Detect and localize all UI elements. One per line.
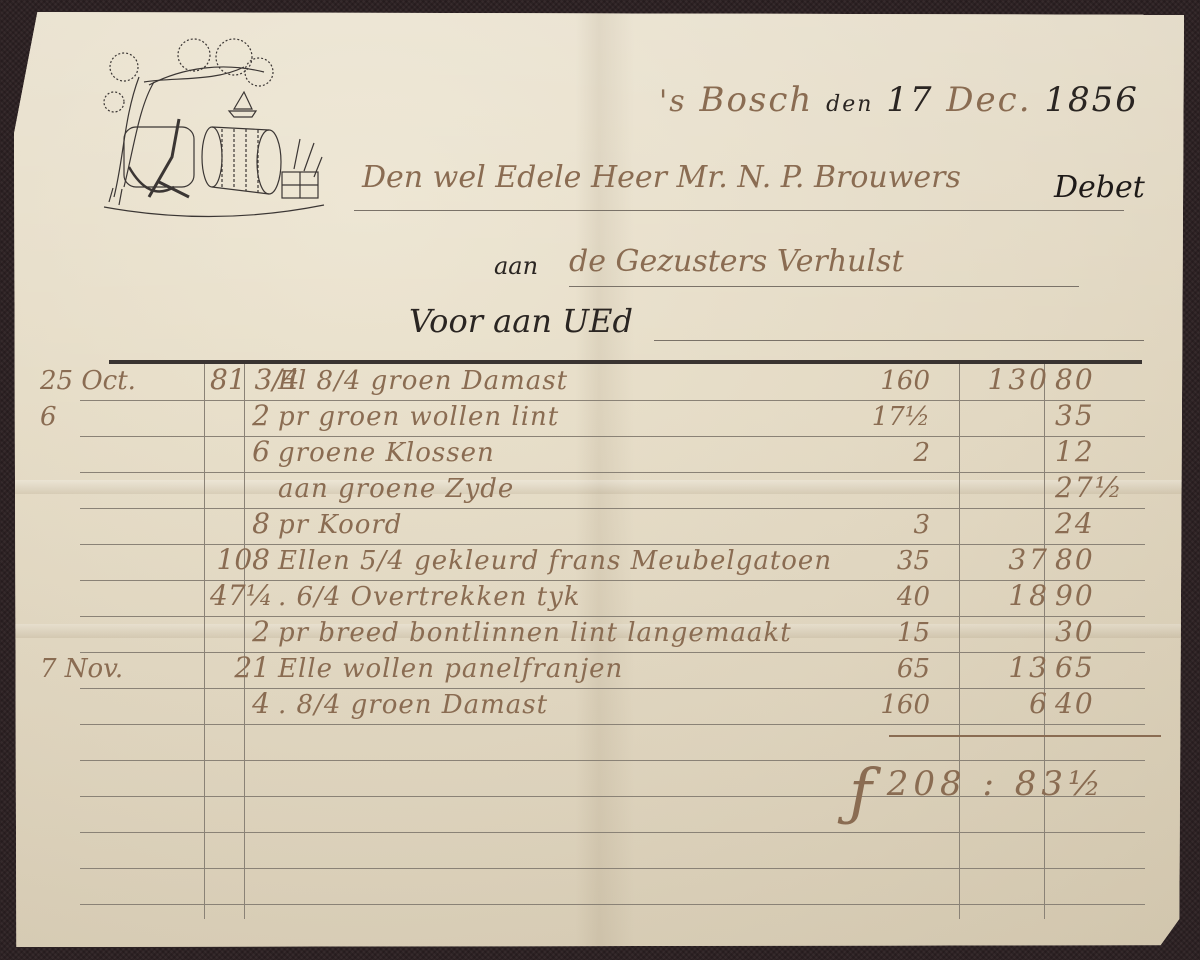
voor-ruled-line — [654, 322, 1144, 341]
firm-name: de Gezusters Verhulst — [569, 244, 904, 279]
table-row: 25 Oct. 81 3/4 El 8/4 groen Damast 160 1… — [80, 364, 1145, 401]
item-qty: 4 — [210, 687, 270, 720]
total-cents: 83½ — [1015, 764, 1106, 804]
item-guilders: 6 — [960, 687, 1050, 720]
item-unit-price: 2 — [830, 438, 930, 468]
item-unit-price: 160 — [830, 366, 930, 396]
table-row: 8 pr Koord 3 24 — [80, 508, 1145, 545]
florin-symbol: ƒ — [849, 755, 877, 828]
item-guilders: 130 — [960, 363, 1050, 396]
item-description: . 6/4 Overtrekken tyk — [278, 582, 581, 612]
item-description: pr Koord — [278, 510, 402, 540]
item-cents: 80 — [1055, 543, 1135, 576]
item-unit-price: 3 — [830, 510, 930, 540]
addressee-name: N. P. Brouwers — [737, 160, 961, 195]
item-guilders: 13 — [960, 651, 1050, 684]
item-unit-price: 40 — [830, 582, 930, 612]
item-cents: 12 — [1055, 435, 1135, 468]
item-description: aan groene Zyde — [278, 474, 514, 504]
item-description: pr groen wollen lint — [278, 402, 559, 432]
item-unit-price: 65 — [830, 654, 930, 684]
item-description: Ellen 5/4 gekleurd frans Meubelgatoen — [278, 546, 832, 576]
table-row: aan groene Zyde 27½ — [80, 472, 1145, 509]
item-cents: 80 — [1055, 363, 1135, 396]
item-qty: 8 — [210, 507, 270, 540]
empty-ruled-row — [80, 868, 1145, 905]
item-cents: 65 — [1055, 651, 1135, 684]
printed-den: den — [826, 92, 873, 117]
place-name: Bosch — [699, 80, 813, 120]
item-qty: 47¼ — [210, 579, 270, 612]
item-date: 7 Nov. — [40, 654, 150, 684]
table-row: 2 pr breed bontlinnen lint langemaakt 15… — [80, 616, 1145, 653]
table-row: 7 Nov. 21 Elle wollen panelfranjen 65 13… — [80, 652, 1145, 689]
item-description: groene Klossen — [278, 438, 495, 468]
item-description: Elle wollen panelfranjen — [278, 654, 623, 684]
addressee: Den wel Edele Heer Mr. N. P. Brouwers — [362, 160, 961, 195]
invoice-sheet: 's Bosch den 17 Dec. 1856 Den wel Edele … — [14, 12, 1184, 947]
table-row: 6 groene Klossen 2 12 — [80, 436, 1145, 473]
item-description: El 8/4 groen Damast — [278, 366, 568, 396]
invoice-total: ƒ 208 : 83½ — [849, 737, 1106, 810]
item-date: 6 — [40, 402, 150, 432]
item-qty: 6 — [210, 435, 270, 468]
maritime-vignette-illustration — [94, 37, 334, 227]
salutation: Den wel Edele Heer Mr. — [362, 160, 728, 195]
table-row: 108 Ellen 5/4 gekleurd frans Meubelgatoe… — [80, 544, 1145, 581]
item-cents: 27½ — [1055, 471, 1135, 504]
item-guilders: 18 — [960, 579, 1050, 612]
item-qty: 21 — [210, 651, 270, 684]
item-qty: 81 3/4 — [210, 363, 270, 396]
table-row: 6 2 pr groen wollen lint 17½ 35 — [80, 400, 1145, 437]
table-row: 47¼ . 6/4 Overtrekken tyk 40 18 90 — [80, 580, 1145, 617]
item-date: 25 Oct. — [40, 366, 150, 396]
item-cents: 90 — [1055, 579, 1135, 612]
item-description: pr breed bontlinnen lint langemaakt — [278, 618, 792, 648]
table-row: 4 . 8/4 groen Damast 160 6 40 — [80, 688, 1145, 725]
empty-ruled-row — [80, 832, 1145, 869]
aan-label: aan — [494, 252, 538, 280]
item-cents: 35 — [1055, 399, 1135, 432]
total-separator: : — [982, 764, 998, 804]
place-prefix: 's — [659, 84, 687, 119]
item-unit-price: 17½ — [830, 402, 930, 432]
item-qty: 2 — [210, 615, 270, 648]
item-cents: 30 — [1055, 615, 1135, 648]
date-month: Dec. — [946, 80, 1031, 120]
voor-label: Voor aan UEd — [409, 302, 633, 340]
item-unit-price: 160 — [830, 690, 930, 720]
item-unit-price: 35 — [830, 546, 930, 576]
total-guilders: 208 — [887, 764, 967, 804]
item-unit-price: 15 — [830, 618, 930, 648]
item-qty: 108 — [210, 543, 270, 576]
item-cents: 24 — [1055, 507, 1135, 540]
date-year: 1856 — [1044, 80, 1139, 120]
item-guilders: 37 — [960, 543, 1050, 576]
item-cents: 40 — [1055, 687, 1135, 720]
item-qty: 2 — [210, 399, 270, 432]
date-day: 17 — [886, 80, 933, 120]
item-description: . 8/4 groen Damast — [278, 690, 548, 720]
debet-label: Debet — [1054, 170, 1145, 205]
place-and-date: 's Bosch den 17 Dec. 1856 — [659, 80, 1139, 120]
